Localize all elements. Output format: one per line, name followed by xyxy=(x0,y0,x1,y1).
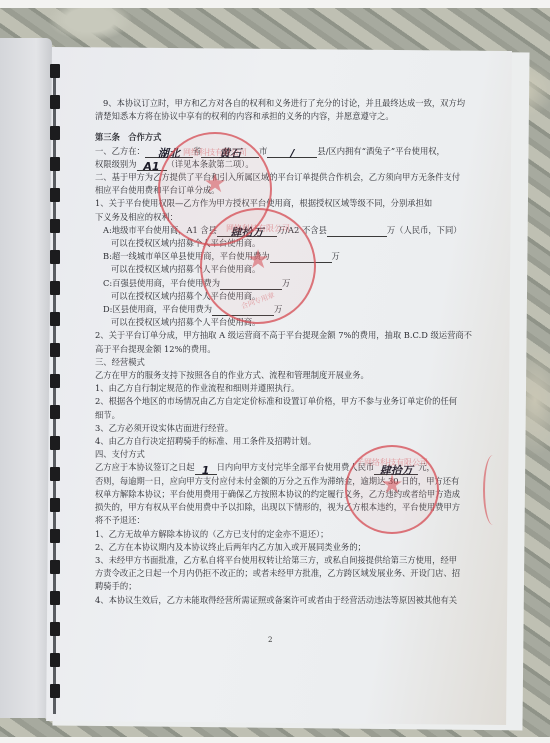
binding-ring xyxy=(50,157,60,171)
seal-star-icon: ★ xyxy=(246,245,269,275)
line-text: 1、乙方无故单方解除本协议的（乙方已支付的定金亦不退还）； xyxy=(95,529,328,539)
binding-ring xyxy=(50,95,60,109)
binding-ring xyxy=(50,622,60,636)
contract-line: 三、经营模式 xyxy=(95,356,473,369)
contract-line: 4、本协议生效后，乙方未能取得经营所需证照或备案许可或者由于经营活动违法等原因被… xyxy=(95,594,473,607)
seam-seal xyxy=(483,455,503,525)
line-text: 2、根据各个地区的市场情况由乙方自定定价标准和设置订单价格，甲方不参与业务订单定… xyxy=(95,396,457,406)
company-seal-middle: 网络科技有限公司 ★ 合同专用章 xyxy=(200,208,316,324)
binding-ring xyxy=(50,374,60,388)
label: 县/区内拥有“酒兔子”平台使用权， xyxy=(317,146,444,156)
binding-ring xyxy=(50,560,60,574)
binding-ring xyxy=(50,126,60,140)
seal-star-icon: ★ xyxy=(203,169,226,199)
contract-line: 1、乙方无故单方解除本协议的（乙方已支付的定金亦不退还）； xyxy=(95,528,473,541)
label: 万 xyxy=(332,251,340,261)
line-text: 四、支付方式 xyxy=(95,449,145,459)
contract-line: 2、根据各个地区的市场情况由乙方自定定价标准和设置订单价格，甲方不参与业务订单定… xyxy=(95,395,473,408)
binding-ring xyxy=(50,591,60,605)
contract-line: 2、关于平台订单分成，甲方抽取 A 级运营商不高于平台提现金额 7%的费用，抽取… xyxy=(95,329,473,342)
seal-subtext: 合同专用章 xyxy=(240,291,276,312)
line-text: 1、由乙方自行制定规范的作业流程和细则并遵照执行。 xyxy=(95,383,299,393)
contract-line: 4、由乙方自行决定招聘骑手的标准、用工条件及招聘计划。 xyxy=(95,435,473,448)
line-text: 4、本协议生效后，乙方未能取得经营所需证照或备案许可或者由于经营活动违法等原因被… xyxy=(95,595,457,605)
contract-line: 高于平台提现金额 12%的费用。 xyxy=(95,343,473,356)
contract-line xyxy=(95,123,473,131)
contract-line: 清楚知悉本方将在协议中享有的权利的内容和承担的义务的内容，并愿意遵守之。 xyxy=(95,110,473,123)
contract-line: 1、关于平台使用权限—乙方作为甲方授权平台使用商，根据授权区域等级不同，分别承担… xyxy=(95,197,473,210)
contract-line: 方责令改正之日起一个月内仍拒不改正的；或者未经甲方批准，乙方跨区域发展业务、开设… xyxy=(95,567,473,580)
top-border xyxy=(0,0,550,8)
binding-ring xyxy=(50,436,60,450)
seal-star-icon: ★ xyxy=(380,470,403,500)
contract-line: 二、基于甲方为乙方提供了平台和引入所属区域的平台订单提供合作机会，乙方须向甲方无… xyxy=(95,171,473,184)
contract-line: 乙方在甲方的服务支持下按照各自的作业方式、流程和管理制度开展业务。 xyxy=(95,369,473,382)
line-text: 3、未经甲方书面批准，乙方私自将平台使用权转让给第三方，或私自间接提供给第三方使… xyxy=(95,555,457,565)
line-text: 第三条 合作方式 xyxy=(95,132,161,142)
line-text: 将不予退还： xyxy=(95,515,145,525)
binding-ring xyxy=(50,281,60,295)
binding-ring xyxy=(50,529,60,543)
contract-line: 1、由乙方自行制定规范的作业流程和细则并遵照执行。 xyxy=(95,382,473,395)
a2-amount-field xyxy=(327,226,387,237)
line-text: 2、乙方在本协议期内及本协议终止后两年内乙方加入或开展同类业务的； xyxy=(95,542,366,552)
contract-line: 一、乙方在：湖北省黄石市/县/区内拥有“酒兔子”平台使用权， xyxy=(95,145,473,158)
binding-ring xyxy=(50,312,60,326)
label: 万（人民币，下同） xyxy=(387,225,462,235)
spiral-binding xyxy=(48,64,62,714)
line-text: 乙方应于本协议签订之日起 xyxy=(95,462,195,472)
line-text: 2、关于平台订单分成，甲方抽取 A 级运营商不高于平台提现金额 7%的费用，抽取… xyxy=(95,330,472,340)
contract-line: 9、本协议订立时，甲方和乙方对各自的权利和义务进行了充分的讨论，并且最终达成一致… xyxy=(95,97,473,110)
contract-text: 9、本协议订立时，甲方和乙方对各自的权利和义务进行了充分的讨论，并且最终达成一致… xyxy=(95,97,473,607)
binding-ring xyxy=(50,250,60,264)
company-seal-bottom: 子网络科技有限公司 ★ xyxy=(345,445,439,534)
contract-line: 聘骑手的； xyxy=(95,580,473,593)
binding-ring xyxy=(50,498,60,512)
line-text: D:区县使用商，平台使用费为 xyxy=(103,304,212,314)
line-text: 权限级别为 xyxy=(95,159,137,169)
line-text: 高于平台提现金额 12%的费用。 xyxy=(95,344,216,354)
days-field: 1 xyxy=(195,464,217,475)
binding-ring xyxy=(50,219,60,233)
binding-ring xyxy=(50,467,60,481)
line-text: 细节。 xyxy=(95,410,120,420)
line-text: 聘骑手的； xyxy=(95,581,137,591)
section-heading: 第三条 合作方式 xyxy=(95,131,473,144)
binding-ring xyxy=(50,188,60,202)
contract-line: 权限级别为A1（详见本条款第二项）。 xyxy=(95,158,473,171)
line-text: 4、由乙方自行决定招聘骑手的标准、用工条件及招聘计划。 xyxy=(95,436,316,446)
seal-text: 网络科技有限公司 xyxy=(226,223,290,234)
line-text: 一、乙方在： xyxy=(95,146,145,156)
line-text: 9、本协议订立时，甲方和乙方对各自的权利和义务进行了充分的讨论，并且最终达成一致… xyxy=(103,98,465,108)
binding-ring xyxy=(50,684,60,698)
binding-ring xyxy=(50,343,60,357)
contract-line: 3、未经甲方书面批准，乙方私自将平台使用权转让给第三方，或私自间接提供给第三方使… xyxy=(95,554,473,567)
line-text: 方责令改正之日起一个月内仍拒不改正的；或者未经甲方批准，乙方跨区域发展业务、开设… xyxy=(95,568,460,578)
contract-line: 相应平台使用费和平台订单分成。 xyxy=(95,184,473,197)
page-number: 2 xyxy=(268,636,272,644)
binding-ring xyxy=(50,64,60,78)
left-facing-page xyxy=(0,38,52,718)
binding-ring xyxy=(50,405,60,419)
line-text: 3、乙方必须开设实体店面进行经营。 xyxy=(95,423,233,433)
line-text: 乙方在甲方的服务支持下按照各自的作业方式、流程和管理制度开展业务。 xyxy=(95,370,369,380)
seal-text: 子网络科技有限公司 xyxy=(356,457,428,468)
line-text: 清楚知悉本方将在协议中享有的权利的内容和承担的义务的内容，并愿意遵守之。 xyxy=(95,111,394,121)
contract-line: 可以在授权区域内招募个人平台使用商。 xyxy=(95,316,473,329)
contract-line: 2、乙方在本协议期内及本协议终止后两年内乙方加入或开展同类业务的； xyxy=(95,541,473,554)
binding-ring xyxy=(50,653,60,667)
seal-text: 网络科技有限公司 xyxy=(183,147,247,158)
county-field: / xyxy=(267,147,317,158)
contract-line: 3、乙方必须开设实体店面进行经营。 xyxy=(95,422,473,435)
line-text: 二、基于甲方为乙方提供了平台和引入所属区域的平台订单提供合作机会，乙方须向甲方无… xyxy=(95,172,460,182)
line-text: 三、经营模式 xyxy=(95,357,145,367)
bottom-border xyxy=(0,737,550,743)
contract-line: 细节。 xyxy=(95,409,473,422)
